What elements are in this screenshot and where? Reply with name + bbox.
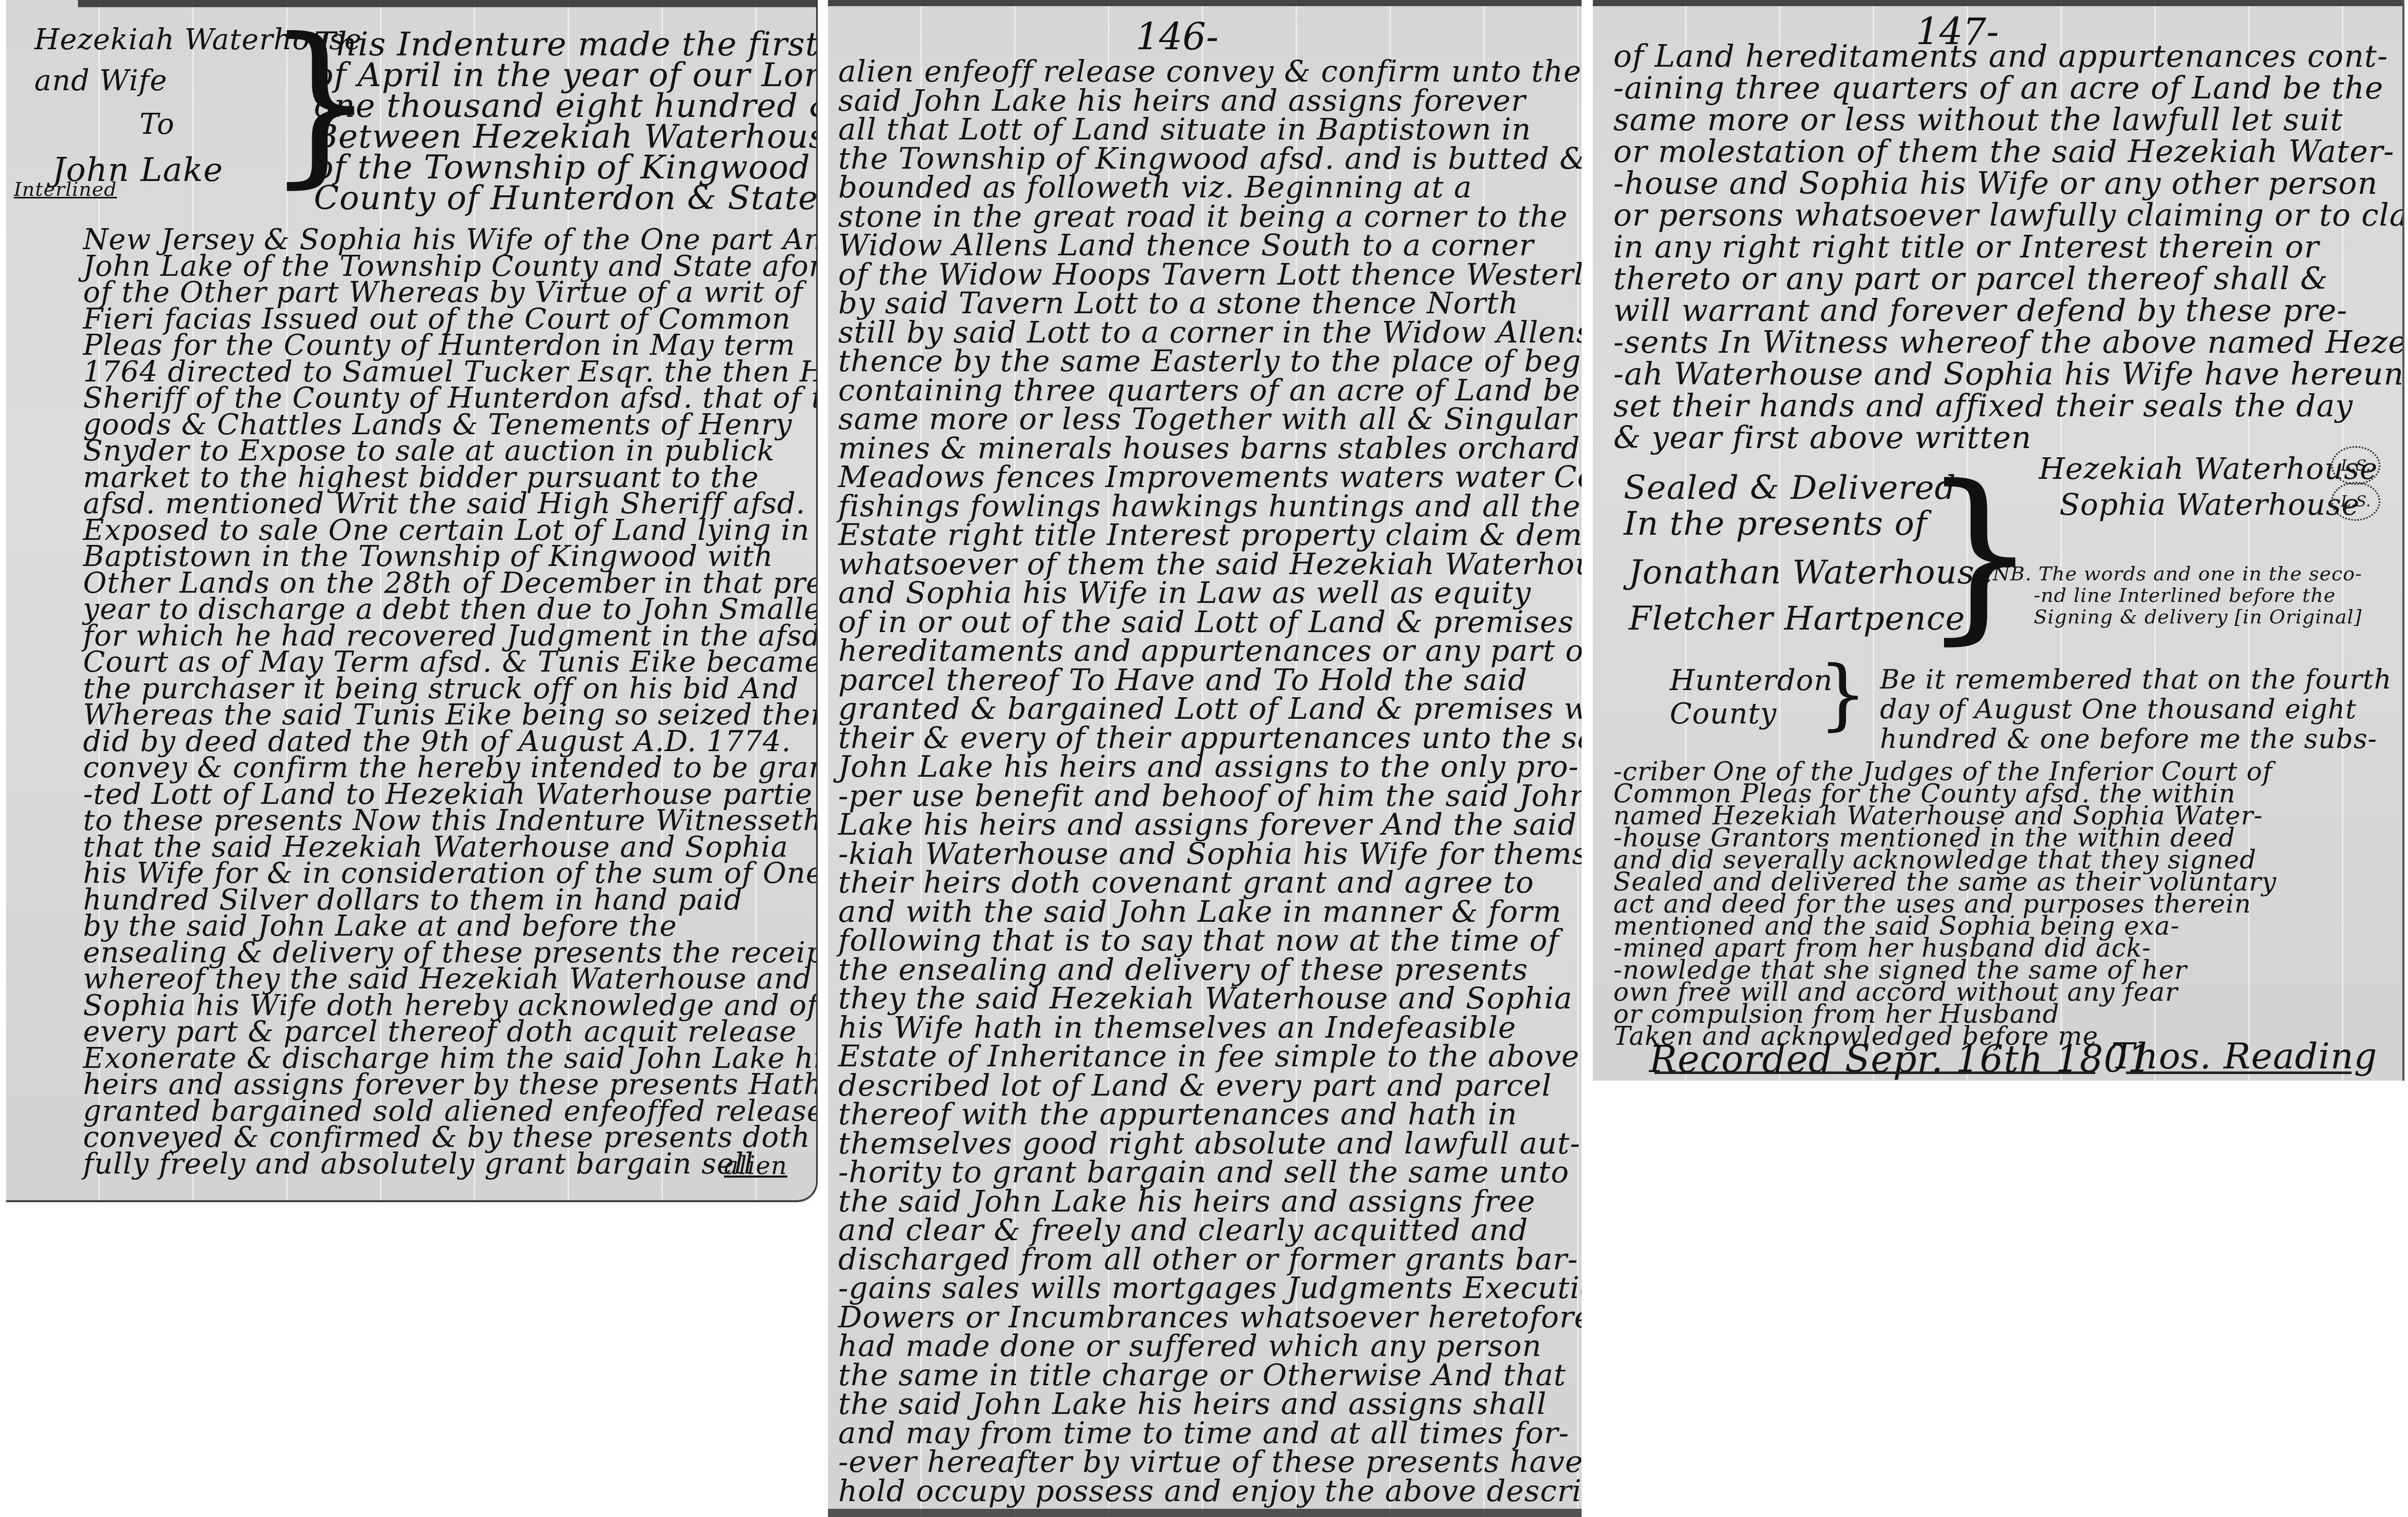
text-line: or persons whatsoever lawfully claiming … [1613, 200, 2404, 231]
page-number: 146- [1136, 15, 1219, 58]
text-line: still by said Lott to a corner in the Wi… [838, 317, 1582, 347]
text-line: or molestation of them the said Hezekiah… [1613, 136, 2394, 167]
text-line: alien enfeoff release convey & confirm u… [838, 56, 1582, 86]
witness-heading-2: In the presents of [1624, 508, 1928, 540]
ack-line: Be it remembered that on the fourth [1880, 666, 2392, 693]
text-line: containing three quarters of an acre of … [838, 375, 1582, 405]
page-middle: 146- alien enfeoff release convey & conf… [828, 0, 1582, 1517]
brace-icon: } [1818, 656, 1867, 733]
page-right: 147- of Land hereditaments and appurtena… [1593, 0, 2404, 1081]
page-top-edge [828, 0, 1582, 6]
text-line: of in or out of the said Lott of Land & … [838, 607, 1574, 637]
text-line: all that Lott of Land situate in Baptist… [838, 114, 1531, 144]
county-label-1: Hunterdon [1670, 666, 1833, 695]
text-line: hold occupy possess and enjoy the above … [838, 1476, 1582, 1506]
note-line: NB. The words and one in the seco- [1993, 564, 2362, 583]
text-line: had made done or suffered which any pers… [838, 1331, 1542, 1361]
text-line: -ever hereafter by virtue of these prese… [838, 1447, 1582, 1476]
text-line: set their hands and affixed their seals … [1613, 391, 2353, 421]
text-line: fully freely and absolutely grant bargai… [83, 1150, 754, 1179]
text-line: Lake his heirs and assigns forever And t… [838, 810, 1582, 839]
text-line: will warrant and forever defend by these… [1613, 295, 2348, 326]
witness-2: Fletcher Hartpence [1629, 602, 1965, 635]
text-line: the said John Lake his heirs and assigns… [838, 1186, 1535, 1216]
text-line: their & every of their appurtenances unt… [838, 723, 1582, 753]
text-line: of Land hereditaments and appurtenances … [1613, 41, 2388, 72]
text-line: said John Lake his heirs and assigns for… [838, 86, 1526, 115]
text-line: their heirs doth covenant grant and agre… [838, 867, 1534, 897]
text-line: Estate right title Interest property cla… [838, 520, 1582, 550]
page-top-edge [1593, 0, 2402, 6]
text-line: the said John Lake his heirs and assigns… [838, 1389, 1547, 1419]
text-line: and with the said John Lake in manner & … [838, 897, 1562, 926]
text-line: stone in the great road it being a corne… [838, 201, 1568, 231]
recorder-signature: Thos. Reading [2111, 1038, 2377, 1074]
text-line: Estate of Inheritance in fee simple to t… [838, 1041, 1580, 1071]
seal-icon: L.S. [2331, 446, 2380, 485]
text-line: the Township of Kingwood afsd. and is bu… [838, 144, 1582, 173]
text-line: -kiah Waterhouse and Sophia his Wife for… [838, 839, 1582, 868]
text-line: parcel thereof To Have and To Hold the s… [838, 665, 1527, 695]
text-line: thereof with the appurtenances and hath … [838, 1099, 1517, 1129]
text-line: Widow Allens Land thence South to a corn… [838, 230, 1534, 260]
margin-party-to: To [139, 110, 175, 139]
text-line: the same in title charge or Otherwise An… [838, 1360, 1566, 1390]
page-left: Hezekiah Waterhouse and Wife To John Lak… [6, 0, 818, 1202]
underline-rule [1654, 1071, 2095, 1074]
signature-sophia: Sophia Waterhouse [2059, 490, 2360, 519]
text-line: John Lake his heirs and assigns to the o… [838, 752, 1579, 781]
text-line: -ah Waterhouse and Sophia his Wife have … [1613, 359, 2404, 390]
text-line: -sents In Witness whereof the above name… [1613, 327, 2404, 358]
seal-icon: L.S. [2331, 482, 2380, 521]
text-line: themselves good right absolute and lawfu… [838, 1128, 1581, 1158]
text-line: Dowers or Incumbrances whatsoever hereto… [838, 1302, 1582, 1332]
text-line: described lot of Land & every part and p… [838, 1070, 1552, 1100]
text-line: they the said Hezekiah Waterhouse and So… [838, 983, 1572, 1013]
ack-line: day of August One thousand eight [1880, 696, 2357, 723]
text-line: -gains sales wills mortgages Judgments E… [838, 1273, 1582, 1303]
text-line: thence by the same Easterly to the place… [838, 346, 1582, 376]
page-top-edge [78, 0, 816, 7]
text-line: and may from time to time and at all tim… [838, 1418, 1569, 1448]
note-line: Signing & delivery [in Original] [2034, 607, 2362, 626]
text-line: -per use benefit and behoof of him the s… [838, 781, 1582, 811]
text-line: the ensealing and delivery of these pres… [838, 955, 1528, 984]
text-line: County of Hunterdon & State of [314, 182, 818, 215]
underline-rule [2126, 1071, 2352, 1074]
brace-icon: } [1921, 461, 2038, 646]
text-line: whatsoever of them the said Hezekiah Wat… [838, 549, 1582, 579]
text-line: -house and Sophia his Wife or any other … [1613, 168, 2378, 199]
text-line: -aining three quarters of an acre of Lan… [1613, 73, 2383, 104]
text-line: and Sophia his Wife in Law as well as eq… [838, 578, 1531, 608]
text-line: Meadows fences Improvements waters water… [838, 462, 1582, 492]
county-label-2: County [1670, 700, 1777, 729]
text-line: hereditaments and appurtenances or any p… [838, 636, 1582, 665]
text-line: of the Widow Hoops Tavern Lott thence We… [838, 259, 1582, 289]
note-line: -nd line Interlined before the [2034, 585, 2336, 605]
text-line: granted & bargained Lott of Land & premi… [838, 694, 1582, 723]
margin-interlined-note: Interlined [14, 179, 117, 199]
text-line: discharged from all other or former gran… [838, 1244, 1578, 1274]
text-line: -hority to grant bargain and sell the sa… [838, 1157, 1569, 1187]
text-line: his Wife hath in themselves an Indefeasi… [838, 1013, 1516, 1042]
text-line: thereto or any part or parcel thereof sh… [1613, 264, 2328, 294]
text-line: same more or less Together with all & Si… [838, 404, 1582, 434]
text-line: bounded as followeth viz. Beginning at a [838, 172, 1472, 202]
text-line: mines & minerals houses barns stables or… [838, 433, 1582, 463]
text-line: by said Tavern Lott to a stone thence No… [838, 288, 1519, 318]
margin-party-2: and Wife [34, 67, 167, 95]
text-line: fishings fowlings hawkings huntings and … [838, 491, 1581, 521]
witness-heading-1: Sealed & Delivered [1624, 472, 1956, 504]
text-line: following that is to say that now at the… [838, 925, 1560, 955]
ack-line: hundred & one before me the subs- [1880, 726, 2377, 753]
text-line: in any right right title or Interest the… [1613, 232, 2319, 262]
page-bottom-edge [828, 1509, 1582, 1517]
text-line: and clear & freely and clearly acquitted… [838, 1215, 1528, 1245]
catchword: alien [724, 1154, 787, 1178]
text-line: same more or less without the lawfull le… [1613, 105, 2343, 135]
signature-hezekiah: Hezekiah Waterhouse [2039, 454, 2378, 483]
